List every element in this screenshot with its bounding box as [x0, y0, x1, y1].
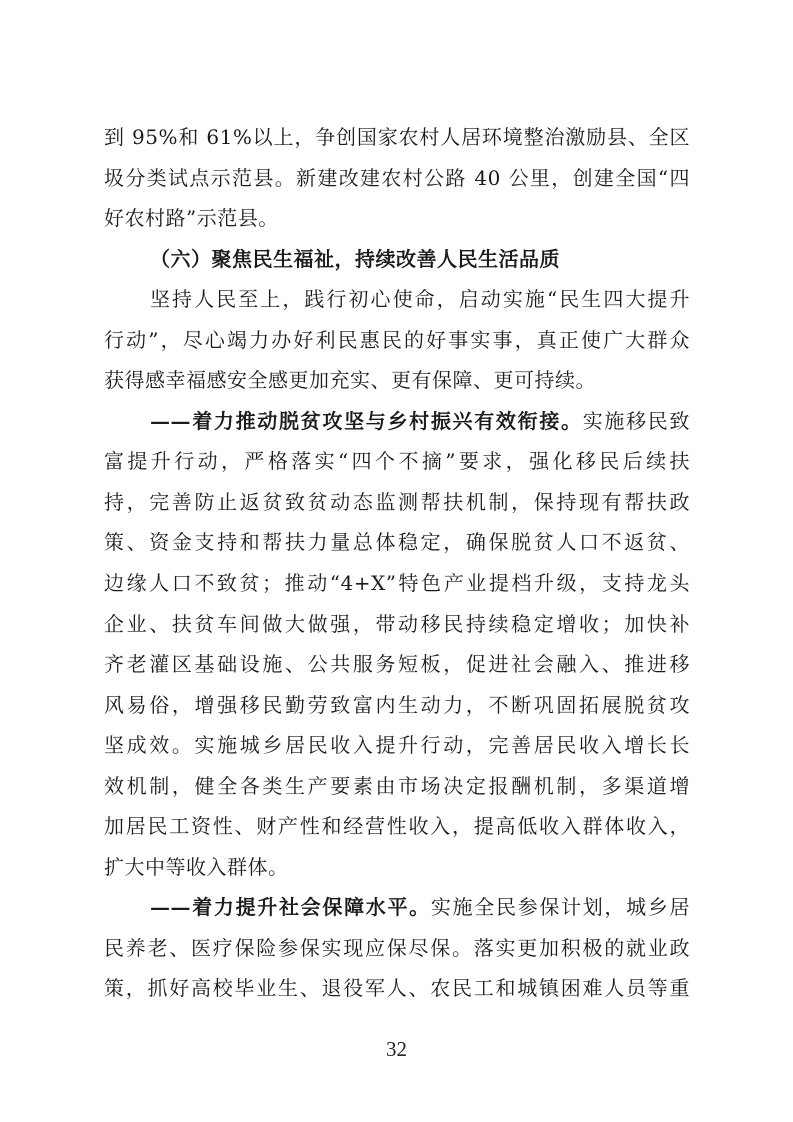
text-run: 获得感幸福感安全感更加充实、更有保障、更可持续。: [104, 368, 596, 392]
text-line: 到 95%和 61%以上，争创国家农村人居环境整治激励县、全区垃: [104, 117, 690, 158]
bold-text-run: ——着力提升社会保障水平。: [150, 895, 431, 919]
text-run: 坚成效。实施城乡居民收入提升行动，完善居民收入增长长: [104, 733, 690, 757]
text-run: 持，完善防止返贫致贫动态监测帮扶机制，保持现有帮扶政: [104, 490, 690, 514]
text-line: 企业、扶贫车间做大做强，带动移民持续稳定增收；加快补: [104, 604, 690, 645]
text-run: 策、资金支持和帮扶力量总体稳定，确保脱贫人口不返贫、: [104, 530, 690, 554]
text-line: ——着力推动脱贫攻坚与乡村振兴有效衔接。实施移民致: [104, 401, 690, 442]
text-line: （六）聚焦民生福祉，持续改善人民生活品质: [104, 239, 690, 280]
text-run: 企业、扶贫车间做大做强，带动移民持续稳定增收；加快补: [104, 612, 690, 636]
text-run: 边缘人口不致贫；推动“4+X”特色产业提档升级，支持龙头: [104, 571, 690, 595]
text-run: 齐老灌区基础设施、公共服务短板，促进社会融入、推进移: [104, 652, 690, 676]
text-line: 风易俗，增强移民勤劳致富内生动力，不断巩固拓展脱贫攻: [104, 685, 690, 726]
text-line: 持，完善防止返贫致贫动态监测帮扶机制，保持现有帮扶政: [104, 482, 690, 523]
text-line: 坚持人民至上，践行初心使命，启动实施“民生四大提升: [104, 279, 690, 320]
text-line: 策，抓好高校毕业生、退役军人、农民工和城镇困难人员等重: [104, 968, 690, 1009]
text-line: 好农村路”示范县。: [104, 198, 690, 239]
text-line: 加居民工资性、财产性和经营性收入，提高低收入群体收入，: [104, 806, 690, 847]
text-run: 实施全民参保计划，城乡居: [431, 895, 690, 919]
text-line: 效机制，健全各类生产要素由市场决定报酬机制，多渠道增: [104, 766, 690, 807]
text-run: 圾分类试点示范县。新建改建农村公路 40 公里，创建全国“四: [104, 166, 690, 190]
text-run: 策，抓好高校毕业生、退役军人、农民工和城镇困难人员等重: [104, 976, 690, 1000]
text-run: 实施移民致: [583, 409, 690, 433]
document-page: 到 95%和 61%以上，争创国家农村人居环境整治激励县、全区垃圾分类试点示范县…: [0, 0, 793, 1122]
text-line: 民养老、医疗保险参保实现应保尽保。落实更加积极的就业政: [104, 928, 690, 969]
text-line: 策、资金支持和帮扶力量总体稳定，确保脱贫人口不返贫、: [104, 522, 690, 563]
text-run: 民养老、医疗保险参保实现应保尽保。落实更加积极的就业政: [104, 936, 690, 960]
text-run: 行动”，尽心竭力办好利民惠民的好事实事，真正使广大群众: [104, 328, 690, 352]
text-run: 好农村路”示范县。: [104, 206, 279, 230]
text-run: 风易俗，增强移民勤劳致富内生动力，不断巩固拓展脱贫攻: [104, 693, 690, 717]
bold-text-run: （六）聚焦民生福祉，持续改善人民生活品质: [150, 247, 560, 271]
text-line: 坚成效。实施城乡居民收入提升行动，完善居民收入增长长: [104, 725, 690, 766]
text-line: 扩大中等收入群体。: [104, 847, 690, 888]
text-run: 到 95%和 61%以上，争创国家农村人居环境整治激励县、全区垃: [104, 125, 690, 158]
text-line: 行动”，尽心竭力办好利民惠民的好事实事，真正使广大群众: [104, 320, 690, 361]
text-line: ——着力提升社会保障水平。实施全民参保计划，城乡居: [104, 887, 690, 928]
text-run: 效机制，健全各类生产要素由市场决定报酬机制，多渠道增: [104, 774, 690, 798]
text-run: 扩大中等收入群体。: [104, 855, 289, 879]
document-body: 到 95%和 61%以上，争创国家农村人居环境整治激励县、全区垃圾分类试点示范县…: [104, 117, 690, 1009]
text-line: 富提升行动，严格落实“四个不摘”要求，强化移民后续扶: [104, 441, 690, 482]
text-run: 加居民工资性、财产性和经营性收入，提高低收入群体收入，: [104, 814, 690, 838]
bold-text-run: ——着力推动脱贫攻坚与乡村振兴有效衔接。: [150, 409, 583, 433]
text-line: 边缘人口不致贫；推动“4+X”特色产业提档升级，支持龙头: [104, 563, 690, 604]
text-run: 坚持人民至上，践行初心使命，启动实施“民生四大提升: [150, 287, 690, 311]
text-line: 获得感幸福感安全感更加充实、更有保障、更可持续。: [104, 360, 690, 401]
text-run: 富提升行动，严格落实“四个不摘”要求，强化移民后续扶: [104, 449, 690, 473]
text-line: 齐老灌区基础设施、公共服务短板，促进社会融入、推进移: [104, 644, 690, 685]
text-line: 圾分类试点示范县。新建改建农村公路 40 公里，创建全国“四: [104, 158, 690, 199]
page-number: 32: [0, 1034, 793, 1064]
